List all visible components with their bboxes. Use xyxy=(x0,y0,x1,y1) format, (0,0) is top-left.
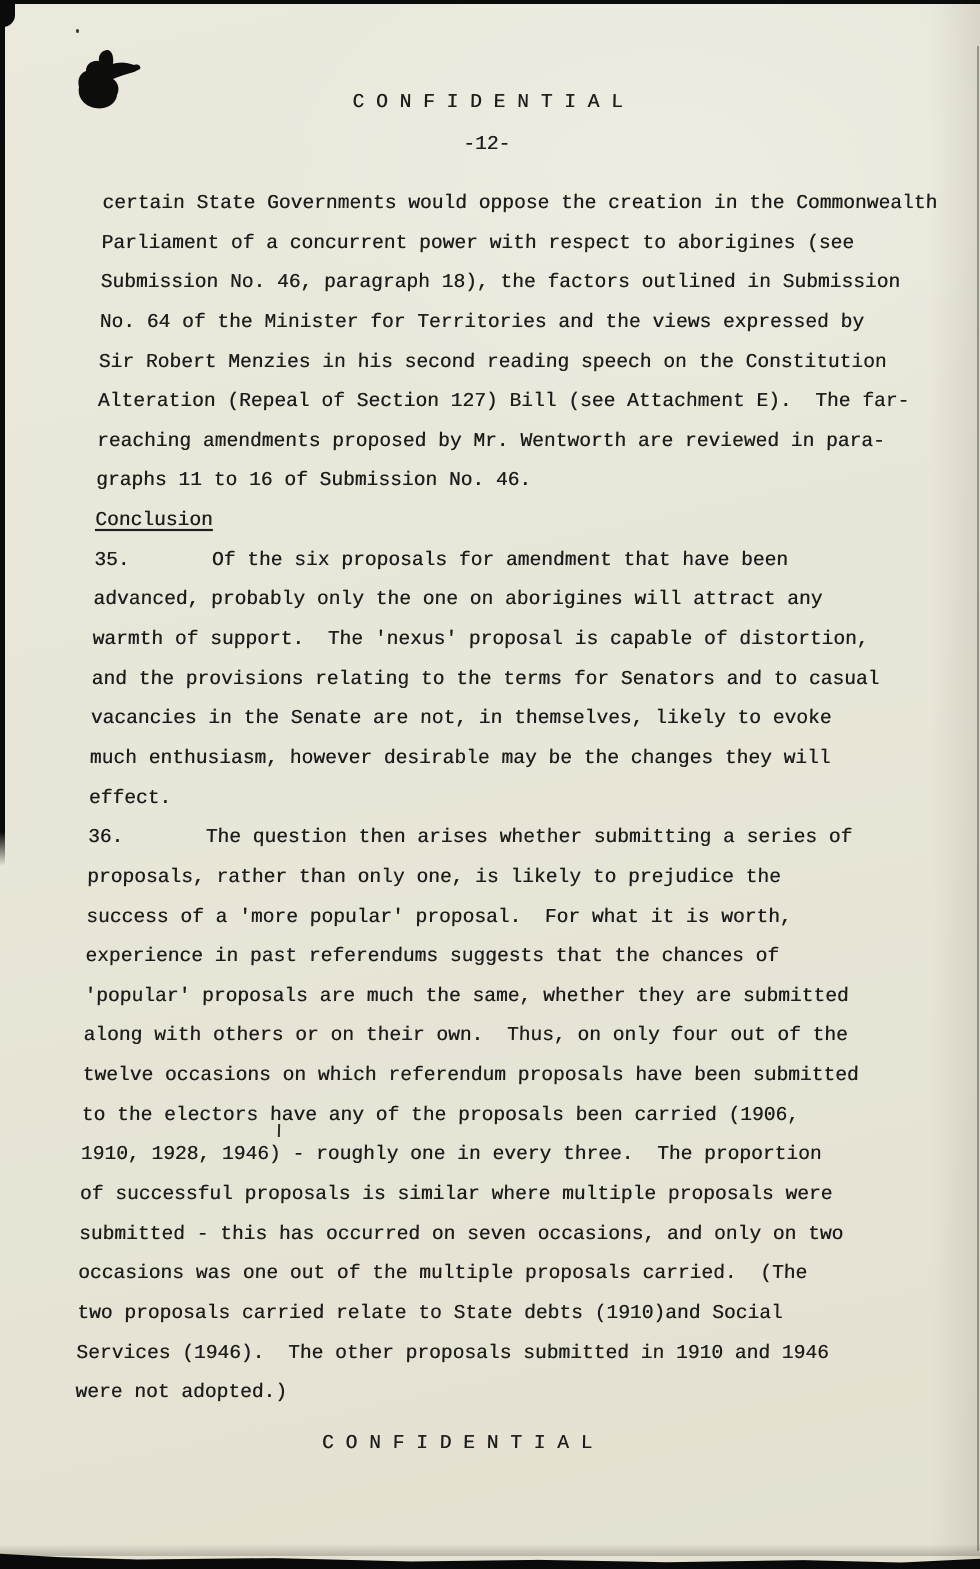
document-line: experience in past referendums suggests … xyxy=(85,937,921,977)
document-line: of successful proposals is similar where… xyxy=(79,1175,915,1215)
document-line: along with others or on their own. Thus,… xyxy=(83,1016,919,1056)
document-line: reaching amendments proposed by Mr. Went… xyxy=(97,422,933,462)
stray-typewriter-mark xyxy=(278,1124,280,1137)
document-line: twelve occasions on which referendum pro… xyxy=(82,1056,918,1096)
section-heading-text: Conclusion xyxy=(95,501,213,541)
document-body: certain State Governments would oppose t… xyxy=(75,184,938,1413)
document-line: and the provisions relating to the terms… xyxy=(91,660,927,700)
document-line: submitted - this has occurred on seven o… xyxy=(79,1215,915,1255)
document-line: effect. xyxy=(88,779,924,819)
section-heading: Conclusion xyxy=(95,501,931,541)
document-line: occasions was one out of the multiple pr… xyxy=(78,1254,914,1294)
document-line: Services (1946). The other proposals sub… xyxy=(76,1334,912,1374)
document-line: graphs 11 to 16 of Submission No. 46. xyxy=(96,461,932,501)
document-line: Sir Robert Menzies in his second reading… xyxy=(98,343,934,383)
scan-edge-top xyxy=(0,0,980,4)
document-line: proposals, rather than only one, is like… xyxy=(87,858,923,898)
document-line: vacancies in the Senate are not, in them… xyxy=(90,699,926,739)
document-line: much enthusiasm, however desirable may b… xyxy=(89,739,925,779)
document-line: Parliament of a concurrent power with re… xyxy=(101,224,937,264)
document-line: Alteration (Repeal of Section 127) Bill … xyxy=(97,382,933,422)
document-line: were not adopted.) xyxy=(75,1373,911,1413)
scanned-document-page: C O N F I D E N T I A L -12- certain Sta… xyxy=(0,0,980,1569)
classification-footer: C O N F I D E N T I A L xyxy=(0,1432,948,1454)
ink-speck xyxy=(76,29,79,33)
scan-edge-left-fade xyxy=(0,832,5,866)
document-line: warmth of support. The 'nexus' proposal … xyxy=(92,620,928,660)
document-line: two proposals carried relate to State de… xyxy=(77,1294,913,1334)
ink-blot xyxy=(70,42,150,117)
document-line: 36. The question then arises whether sub… xyxy=(88,818,924,858)
document-line: to the electors have any of the proposal… xyxy=(81,1096,917,1136)
document-line: certain State Governments would oppose t… xyxy=(102,184,938,224)
document-line: 'popular' proposals are much the same, w… xyxy=(84,977,920,1017)
document-line: Submission No. 46, paragraph 18), the fa… xyxy=(100,263,936,303)
document-line: success of a 'more popular' proposal. Fo… xyxy=(86,898,922,938)
typewritten-content: C O N F I D E N T I A L -12- certain Sta… xyxy=(0,0,980,1569)
scan-edge-left xyxy=(0,0,5,832)
paper-bottom-shadow xyxy=(0,1544,980,1556)
scan-edge-right xyxy=(977,46,979,1551)
page-number: -12- xyxy=(0,133,977,155)
document-line: 1910, 1928, 1946) - roughly one in every… xyxy=(80,1135,916,1175)
document-line: No. 64 of the Minister for Territories a… xyxy=(99,303,935,343)
document-line: advanced, probably only the one on abori… xyxy=(93,580,929,620)
document-line: 35. Of the six proposals for amendment t… xyxy=(94,541,930,581)
